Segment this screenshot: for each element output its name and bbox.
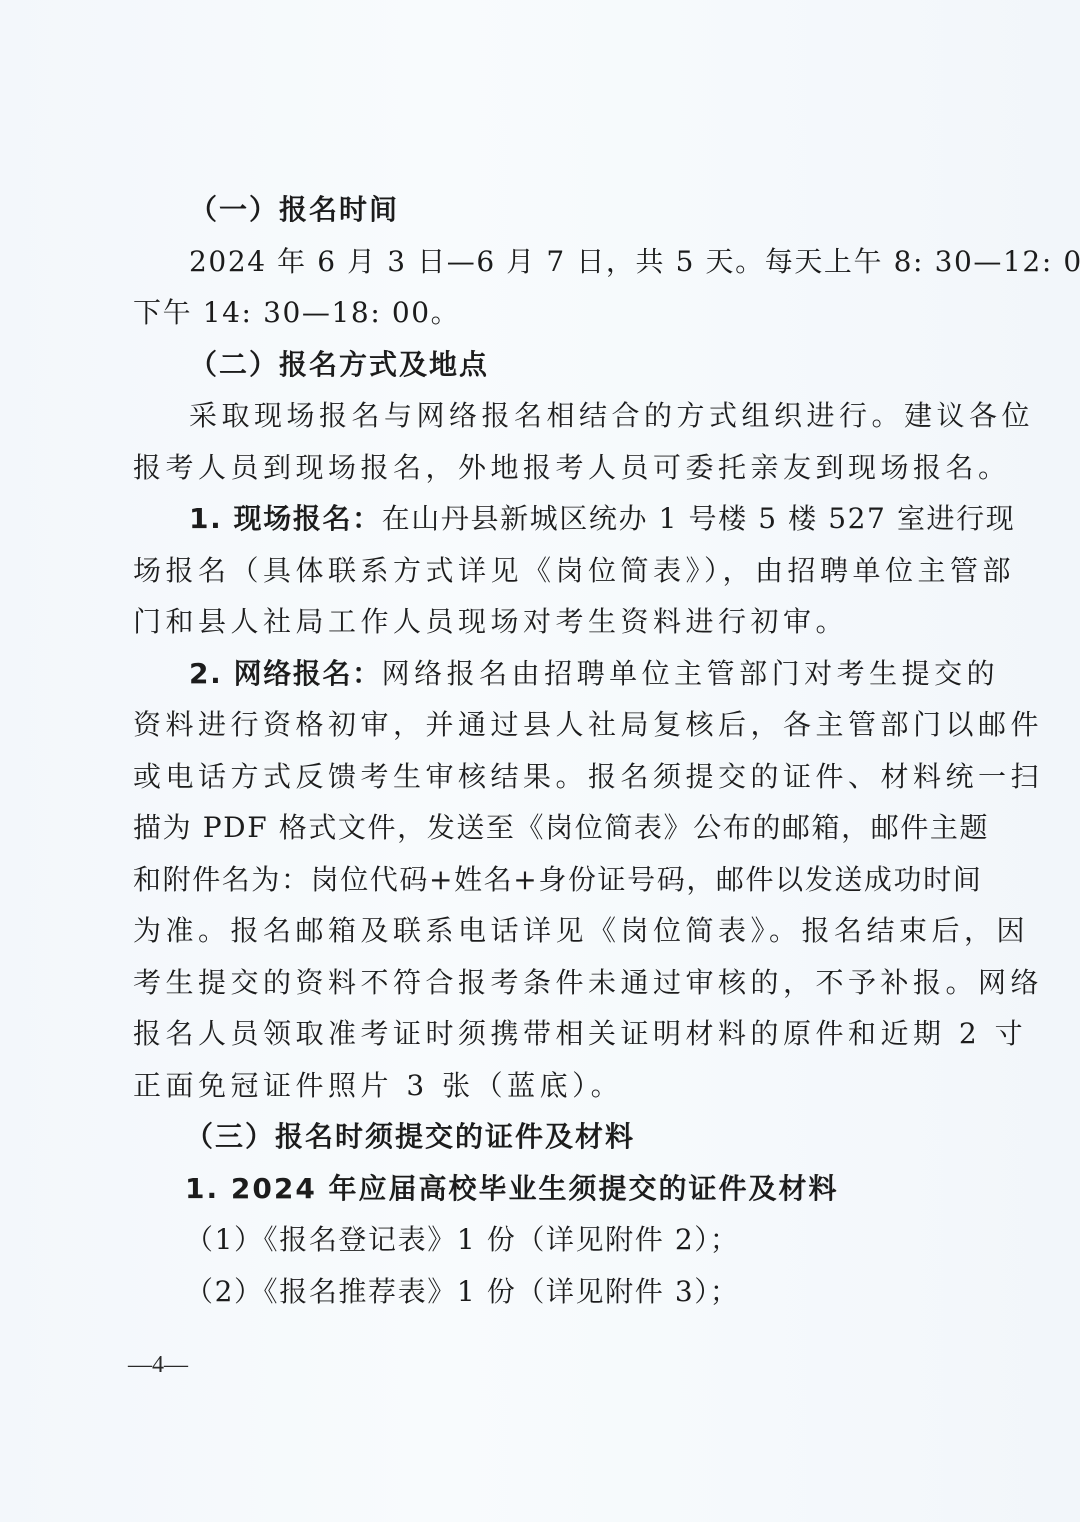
section-heading-required-documents: （三）报名时须提交的证件及材料	[133, 1111, 935, 1163]
paragraph-line: 资料进行资格初审，并通过县人社局复核后，各主管部门以邮件	[133, 699, 935, 751]
online-registration-item: 2. 网络报名：网络报名由招聘单位主管部门对考生提交的	[133, 648, 935, 700]
paragraph-line: 采取现场报名与网络报名相结合的方式组织进行。建议各位	[133, 390, 935, 442]
paragraph-line: 报考人员到现场报名，外地报考人员可委托亲友到现场报名。	[133, 442, 935, 494]
paragraph-line: 或电话方式反馈考生审核结果。报名须提交的证件、材料统一扫	[133, 751, 935, 803]
paragraph-line: 正面免冠证件照片 3 张（蓝底）。	[133, 1060, 935, 1112]
section-heading-registration-method: （二）报名方式及地点	[133, 339, 935, 391]
page-number: —4—	[128, 1352, 188, 1379]
paragraph-line: 考生提交的资料不符合报考条件未通过审核的，不予补报。网络	[133, 957, 935, 1009]
section-heading-registration-time: （一）报名时间	[133, 184, 935, 236]
paragraph-line: 门和县人社局工作人员现场对考生资料进行初审。	[133, 596, 935, 648]
paragraph-line: 下午 14: 30—18: 00。	[133, 287, 935, 339]
document-page: （一）报名时间 2024 年 6 月 3 日—6 月 7 日，共 5 天。每天上…	[0, 0, 1080, 1522]
onsite-registration-label: 1. 现场报名：	[189, 502, 382, 535]
paragraph-line: 报名人员领取准考证时须携带相关证明材料的原件和近期 2 寸	[133, 1008, 935, 1060]
onsite-registration-item: 1. 现场报名：在山丹县新城区统办 1 号楼 5 楼 527 室进行现	[133, 493, 935, 545]
paragraph-line: 和附件名为：岗位代码+姓名+身份证号码，邮件以发送成功时间	[133, 854, 935, 906]
document-list-item: （1）《报名登记表》1 份（详见附件 2）；	[133, 1214, 935, 1266]
online-registration-label: 2. 网络报名：	[189, 657, 382, 690]
paragraph-line: 场报名（具体联系方式详见《岗位简表》），由招聘单位主管部	[133, 545, 935, 597]
subheading-graduate-documents: 1. 2024 年应届高校毕业生须提交的证件及材料	[133, 1163, 935, 1215]
paragraph-line: 2024 年 6 月 3 日—6 月 7 日，共 5 天。每天上午 8: 30—…	[133, 236, 935, 288]
paragraph-line: 为准。报名邮箱及联系电话详见《岗位简表》。报名结束后，因	[133, 905, 935, 957]
document-body: （一）报名时间 2024 年 6 月 3 日—6 月 7 日，共 5 天。每天上…	[133, 184, 935, 1317]
document-list-item: （2）《报名推荐表》1 份（详见附件 3）；	[133, 1266, 935, 1318]
paragraph-line: 描为 PDF 格式文件，发送至《岗位简表》公布的邮箱，邮件主题	[133, 802, 935, 854]
paragraph-text: 在山丹县新城区统办 1 号楼 5 楼 527 室进行现	[382, 502, 1016, 535]
paragraph-text: 网络报名由招聘单位主管部门对考生提交的	[382, 657, 1000, 690]
